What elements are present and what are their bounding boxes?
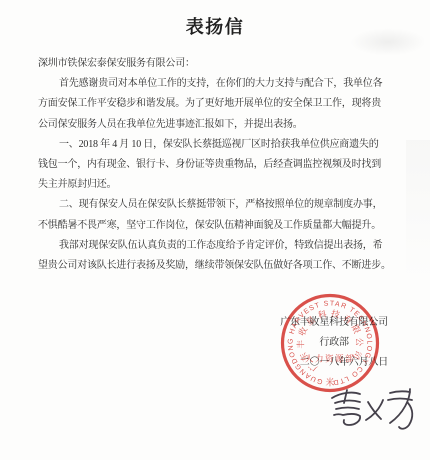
letter-body: 深圳市铁保宏泰保安服务有限公司：首先感谢贵司对本单位工作的支持，在你们的大力支持… <box>38 54 396 276</box>
body-line: 一、2018 年 4 月 10 日，保安队长蔡挺巡视厂区时拾获我单位供应商遗失的 <box>38 135 396 155</box>
body-line: 首先感谢贵司对本单位工作的支持，在你们的大力支持与配合下，我单位各 <box>38 74 396 94</box>
seal-chinese-text: 广东丰收星科技有限公司 <box>295 308 364 374</box>
body-line: 公司保安服务人员在我单位先进事迹汇报如下，并提出表扬。 <box>38 115 396 135</box>
body-line: 钱包一个，内有现金、银行卡、身份证等贵重物品，后经查调监控视频及时找到 <box>38 155 396 175</box>
company-seal: GUANGDONG HARVEST STAR TECHNOLOGY CO LTD… <box>279 292 381 394</box>
body-line: 望贵公司对该队长进行表扬及奖励，继续带领保安队伍做好各项工作、不断进步。 <box>38 256 396 276</box>
handwritten-signature <box>328 386 420 434</box>
scan-artifact <box>406 140 430 280</box>
signature-strokes <box>332 389 412 429</box>
body-line: 失主并原封归还。 <box>38 175 396 195</box>
body-line: 不惧酷暑不畏严寒，坚守工作岗位，保安队伍精神面貌及工作质量都大幅提升。 <box>38 216 396 236</box>
letter-page: 表扬信 深圳市铁保宏泰保安服务有限公司：首先感谢贵司对本单位工作的支持，在你们的… <box>0 0 430 460</box>
body-line: 我部对现保安队伍认真负责的工作态度给予肯定评价，特致信提出表扬，希 <box>38 236 396 256</box>
body-line: 二、现有保安人员在保安队长蔡挺带领下，严格按照单位的规章制度办事， <box>38 195 396 215</box>
seal-department-text: 人力资源部 <box>305 354 355 364</box>
body-line: 深圳市铁保宏泰保安服务有限公司： <box>38 54 396 74</box>
letter-title: 表扬信 <box>0 13 430 39</box>
body-line: 方面安保工作平安稳步和谐发展。为了更好地开展单位的安全保卫工作，现将贵 <box>38 94 396 114</box>
